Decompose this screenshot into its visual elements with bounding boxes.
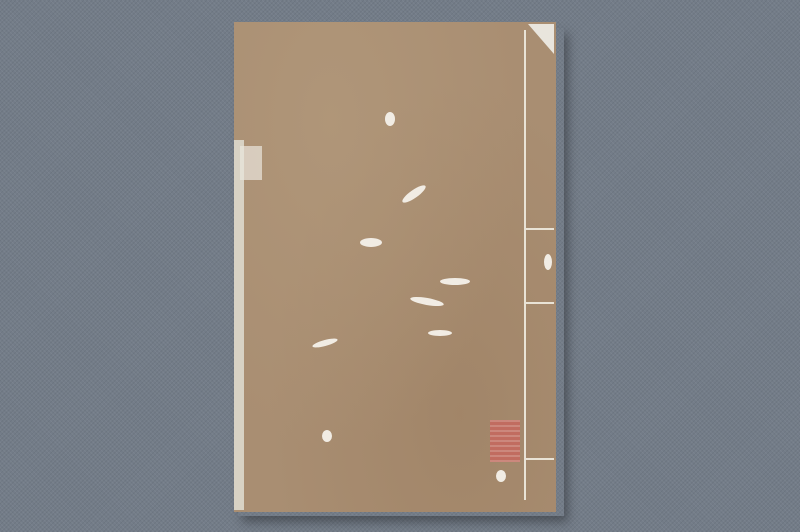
binding-stitch — [524, 302, 554, 304]
book-page-edge — [234, 140, 244, 510]
wormhole-damage — [360, 238, 382, 247]
wormhole-damage — [544, 254, 552, 270]
wormhole-damage — [496, 470, 506, 482]
binding-stitch — [524, 458, 554, 460]
wormhole-damage — [322, 430, 332, 442]
binding-stitch — [524, 228, 554, 230]
wormhole-damage — [428, 330, 452, 336]
binding-thread-line — [524, 30, 526, 500]
worn-patch — [240, 146, 262, 180]
wormhole-damage — [385, 112, 395, 126]
red-seal-stamp — [490, 420, 520, 462]
photo-scene — [0, 0, 800, 532]
wormhole-damage — [440, 278, 470, 285]
